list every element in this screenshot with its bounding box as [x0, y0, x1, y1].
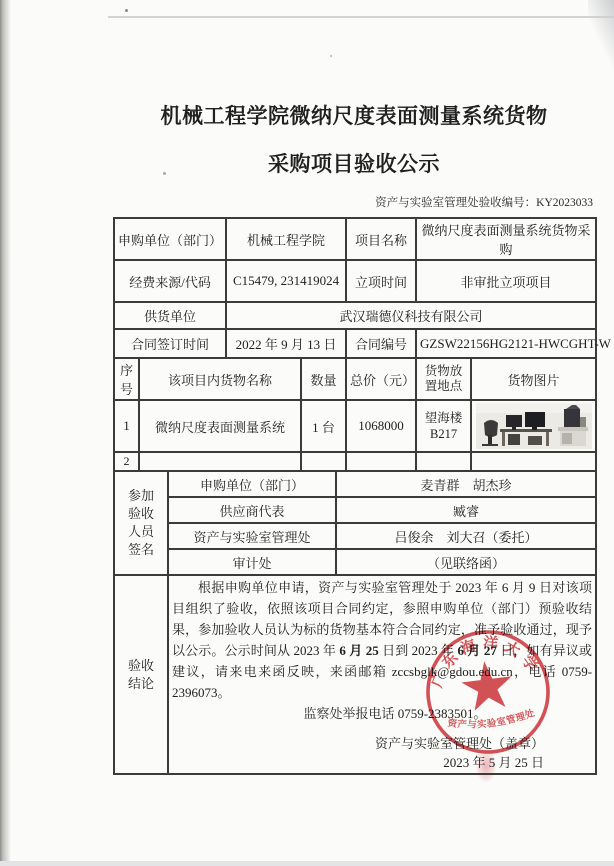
goods-row-2: 2 [114, 452, 596, 471]
goods-location [416, 452, 471, 471]
conclusion-row: 验收结论 根据申购单位申请，资产与实验室管理处于 2023 年 6 月 9 日对… [114, 575, 596, 774]
goods-price: 1068000 [346, 400, 416, 452]
signature-label: 申购单位（部门） [168, 471, 336, 497]
conclusion-section-label: 验收结论 [114, 575, 168, 774]
signature-label: 资产与实验室管理处 [168, 523, 336, 549]
conclusion-paragraph: 根据申购单位申请，资产与实验室管理处于 2023 年 6 月 9 日对该项目组织… [172, 577, 592, 703]
conclusion-text: 日到 2023 年 [379, 643, 458, 658]
project-name-value: 微纳尺度表面测量系统货物采购 [416, 218, 596, 260]
contract-no-label: 合同编号 [346, 329, 416, 358]
funding-value: C15479, 231419024 [226, 260, 346, 302]
goods-name [139, 452, 301, 471]
goods-row-1: 1 微纳尺度表面测量系统 1 台 1068000 望海楼 B217 [114, 400, 596, 452]
goods-header-row: 序号 该项目内货物名称 数量 总价（元） 货物放置地点 货物图片 [114, 358, 596, 400]
supplier-label: 供货单位 [114, 302, 226, 329]
scan-bottom-edge [0, 861, 614, 866]
goods-qty: 1 台 [301, 400, 346, 452]
signoff-block: 资产与实验室管理处（盖章） 2023 年 5 月 25 日 [172, 734, 592, 772]
supervision-phone-line: 监察处举报电话 0759-2383501。 [172, 703, 592, 724]
contract-date-label: 合同签订时间 [114, 329, 226, 358]
contract-no-value: GZSW22156HG2121-HWCGHT-W [416, 329, 596, 358]
contract-date-value: 2022 年 9 月 13 日 [226, 329, 346, 358]
goods-header-location: 货物放置地点 [416, 358, 471, 400]
signature-section-label-text: 参加验收人员签名 [128, 487, 154, 559]
acceptance-table: 申购单位（部门） 机械工程学院 项目名称 微纳尺度表面测量系统货物采购 经费来源… [113, 217, 597, 775]
goods-index: 2 [114, 452, 139, 471]
signature-value: 麦青群 胡杰珍 [336, 471, 596, 497]
funding-label: 经费来源/代码 [114, 260, 226, 302]
goods-location: 望海楼 B217 [416, 400, 471, 452]
goods-name: 微纳尺度表面测量系统 [139, 400, 301, 452]
goods-photo-cell [471, 452, 596, 471]
approval-time-label: 立项时间 [346, 260, 416, 302]
goods-photo-cell [471, 400, 596, 452]
signoff-date: 2023 年 5 月 25 日 [172, 753, 544, 772]
signature-value: 臧睿 [336, 497, 596, 523]
conclusion-date-end: 6 月 27 [458, 643, 497, 658]
goods-location-line2: B217 [420, 426, 467, 442]
applicant-label: 申购单位（部门） [114, 218, 226, 260]
document-title-line1: 机械工程学院微纳尺度表面测量系统货物 [113, 100, 595, 132]
goods-price [346, 452, 416, 471]
table-row: 经费来源/代码 C15479, 231419024 立项时间 非审批立项项目 [114, 260, 596, 302]
table-row: 供货单位 武汉瑞德仪科技有限公司 [114, 302, 596, 329]
goods-location-line1: 望海楼 [420, 410, 467, 426]
signature-label: 供应商代表 [168, 497, 336, 523]
conclusion-cell: 根据申购单位申请，资产与实验室管理处于 2023 年 6 月 9 日对该项目组织… [168, 575, 596, 774]
signature-row: 参加验收人员签名 申购单位（部门） 麦青群 胡杰珍 [114, 471, 596, 497]
scan-left-edge [0, 0, 12, 866]
signature-section-label: 参加验收人员签名 [114, 471, 168, 575]
goods-header-price: 总价（元） [346, 358, 416, 400]
goods-header-index: 序号 [114, 358, 139, 400]
approval-time-value: 非审批立项项目 [416, 260, 596, 302]
signature-value: 吕俊余 刘大召（委托） [336, 523, 596, 549]
table-row: 合同签订时间 2022 年 9 月 13 日 合同编号 GZSW22156HG2… [114, 329, 596, 358]
signature-row: 审计处 （见联络函） [114, 549, 596, 575]
acceptance-ref-number: 资产与实验室管理处验收编号：KY2023033 [113, 194, 593, 210]
signoff-org: 资产与实验室管理处（盖章） [172, 734, 544, 753]
signature-label: 审计处 [168, 549, 336, 575]
supplier-value: 武汉瑞德仪科技有限公司 [226, 302, 596, 329]
goods-header-name: 该项目内货物名称 [139, 358, 301, 400]
signature-row: 供应商代表 臧睿 [114, 497, 596, 523]
project-name-label: 项目名称 [346, 218, 416, 260]
document-title-line2: 采购项目验收公示 [113, 148, 595, 180]
goods-header-qty: 数量 [301, 358, 346, 400]
document-sheet: 机械工程学院微纳尺度表面测量系统货物 采购项目验收公示 资产与实验室管理处验收编… [113, 0, 595, 775]
goods-index: 1 [114, 400, 139, 452]
equipment-photo-illustration [476, 403, 592, 449]
table-row: 申购单位（部门） 机械工程学院 项目名称 微纳尺度表面测量系统货物采购 [114, 218, 596, 260]
signature-value: （见联络函） [336, 549, 596, 575]
goods-qty [301, 452, 346, 471]
goods-photo [476, 403, 592, 449]
signature-row: 资产与实验室管理处 吕俊余 刘大召（委托） [114, 523, 596, 549]
goods-header-photo: 货物图片 [471, 358, 596, 400]
applicant-value: 机械工程学院 [226, 218, 346, 260]
conclusion-section-label-text: 验收结论 [128, 657, 154, 693]
conclusion-date-start: 6 月 25 [339, 643, 378, 658]
